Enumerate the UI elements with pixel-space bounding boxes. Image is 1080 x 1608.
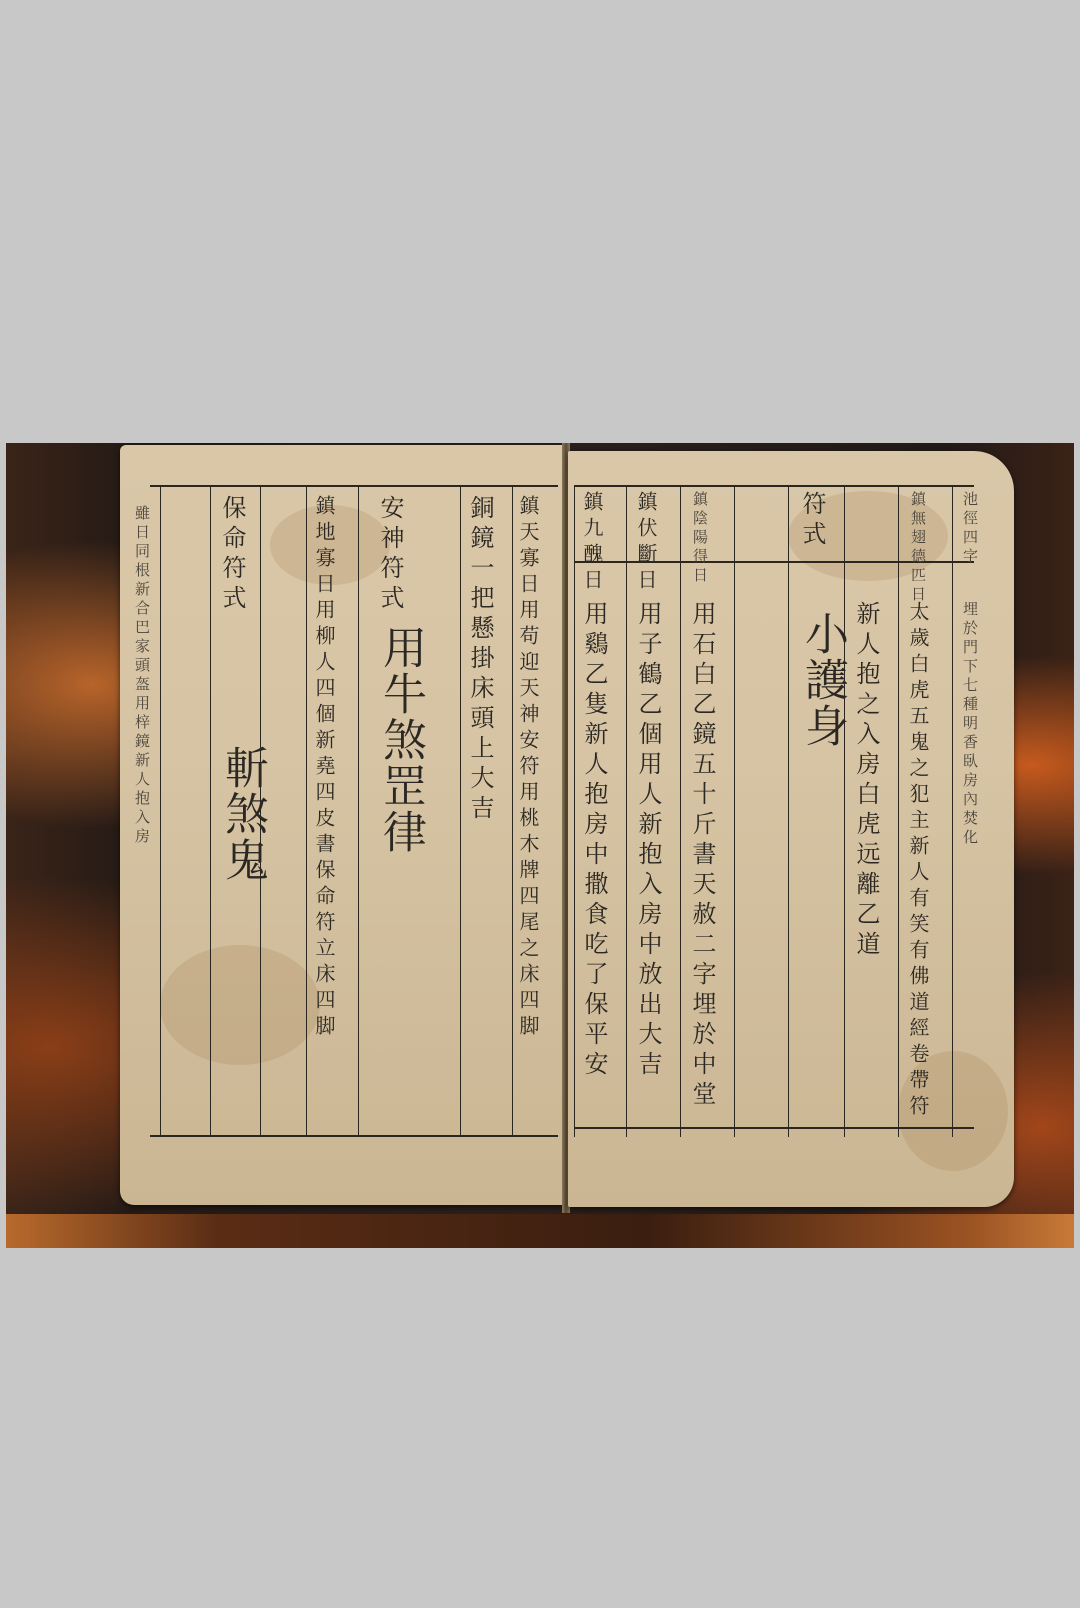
column-text: 用子鶴乙個用人新抱入房中放出大吉	[636, 601, 660, 1081]
column-text: 用鷄乙隻新人抱房中撒食吃了保平安	[582, 601, 606, 1081]
column-text: 用石白乙鏡五十斤書天赦二字埋於中堂	[690, 601, 714, 1111]
column-header: 鎮九醜日	[582, 491, 602, 595]
column-text: 雖日同根新合巴家頭盔用梓鏡新人抱入房	[134, 505, 149, 847]
column-header: 符式	[800, 491, 824, 551]
column-header: 鎮伏斷日	[636, 491, 656, 595]
column-text: 銅鏡一把懸掛床頭上大吉	[468, 495, 492, 825]
column-text: 鎮地寡日用柳人四個新堯四皮書保命符立床四脚	[314, 495, 334, 1041]
talisman-glyph: 小護身	[790, 611, 854, 749]
column-header: 鎮陰陽得日	[692, 491, 707, 586]
column-text: 鎮天寡日用苟迎天神安符用桃木牌四尾之床四脚	[518, 495, 538, 1041]
talisman-glyph: 用牛煞罡律	[368, 625, 432, 855]
column-header: 池徑四字	[962, 491, 977, 567]
column-text: 埋於門下七種明香臥房內焚化	[962, 601, 977, 848]
column-header: 安神符式	[378, 495, 402, 615]
column-header: 保命符式	[220, 495, 244, 615]
column-text: 新人抱之入房白虎远離乙道	[854, 601, 878, 961]
talisman-glyph: 斬煞鬼	[210, 745, 274, 883]
wooden-table-edge	[6, 1214, 1074, 1248]
right-page: 鎮九醜日 用鷄乙隻新人抱房中撒食吃了保平安 鎮伏斷日 用子鶴乙個用人新抱入房中放…	[568, 451, 1014, 1207]
column-header: 鎮無翅德匹日	[910, 491, 925, 605]
manuscript-photo: 鎮天寡日用苟迎天神安符用桃木牌四尾之床四脚 銅鏡一把懸掛床頭上大吉 安神符式 用…	[6, 443, 1074, 1248]
column-text: 太歲白虎五鬼之犯主新人有笑有佛道經卷帶符	[908, 601, 928, 1121]
left-page: 鎮天寡日用苟迎天神安符用桃木牌四尾之床四脚 銅鏡一把懸掛床頭上大吉 安神符式 用…	[120, 445, 566, 1205]
